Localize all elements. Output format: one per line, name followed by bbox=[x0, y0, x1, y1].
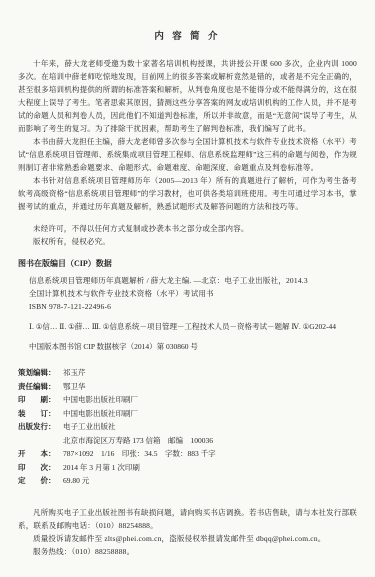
colophon-value: 祁玉芹 bbox=[63, 366, 357, 380]
intro-paragraph: 本书针对信息系统项目管理师历年（2005—2013 年）所有的真题进行了解析，可… bbox=[18, 174, 357, 213]
colophon-value: 电子工业出版社 bbox=[63, 420, 357, 434]
colophon-label: 印 刷： bbox=[18, 393, 63, 407]
colophon-row: 印 次： 2014 年 3 月第 1 次印刷 bbox=[18, 461, 357, 475]
colophon-row: 定 价： 69.80 元 bbox=[18, 474, 357, 488]
footer-paragraph: 服务热线：（010）88258888。 bbox=[18, 545, 357, 558]
cip-lines: 信息系统项目管理师历年真题解析 / 薛大龙主编. —北京：电子工业出版社，201… bbox=[29, 274, 357, 313]
colophon-label: 装 订： bbox=[18, 407, 63, 421]
copyright-notice: 未经许可，不得以任何方式复制或抄袭本书之部分或全部内容。 版权所有，侵权必究。 bbox=[18, 222, 357, 248]
cip-data-section: 图书在版编目（CIP）数据 信息系统项目管理师历年真题解析 / 薛大龙主编. —… bbox=[18, 257, 357, 353]
colophon-section: 策划编辑： 祁玉芹 责任编辑： 鄂卫华 印 刷： 中国电影出版社印刷厂 装 订：… bbox=[18, 366, 357, 488]
copyright-notice-line: 未经许可，不得以任何方式复制或抄袭本书之部分或全部内容。 bbox=[18, 222, 357, 235]
cip-line: ISBN 978-7-121-22496-6 bbox=[29, 300, 357, 313]
content-summary-section: 十年来，薛大龙老师受邀为数十家著名培训机构授课，共讲授公开课 600 多次，企业… bbox=[18, 57, 357, 213]
purchase-service-note: 凡所购买电子工业出版社图书有缺损问题，请向购买书店调换。若书店售缺，请与本社发行… bbox=[18, 506, 357, 558]
cip-record-number: 中国版本图书馆 CIP 数据核字（2014）第 030860 号 bbox=[29, 340, 357, 353]
colophon-value: 787×1092 1/16 印张：34.5 字数：883 千字 bbox=[63, 447, 357, 461]
colophon-row: 责任编辑： 鄂卫华 bbox=[18, 380, 357, 394]
colophon-label: 开 本： bbox=[18, 447, 63, 461]
colophon-label bbox=[18, 434, 63, 448]
colophon-row: 开 本： 787×1092 1/16 印张：34.5 字数：883 千字 bbox=[18, 447, 357, 461]
intro-paragraph: 本书由薛大龙担任主编，薛大龙老师曾多次参与全国计算机技术与软件专业技术资格（水平… bbox=[18, 135, 357, 174]
book-copyright-page: 内 容 简 介 十年来，薛大龙老师受邀为数十家著名培训机构授课，共讲授公开课 6… bbox=[0, 0, 375, 577]
footer-paragraph: 凡所购买电子工业出版社图书有缺损问题，请向购买书店调换。若书店售缺，请与本社发行… bbox=[18, 506, 357, 532]
colophon-label: 印 次： bbox=[18, 461, 63, 475]
footer-paragraph: 质量投诉请发邮件至 zlts@phei.com.cn，盗版侵权举报请发邮件至 d… bbox=[18, 532, 357, 545]
cip-line: 信息系统项目管理师历年真题解析 / 薛大龙主编. —北京：电子工业出版社，201… bbox=[29, 274, 357, 287]
colophon-row: 北京市海淀区万寿路 173 信箱 邮编 100036 bbox=[18, 434, 357, 448]
colophon-label: 出版发行： bbox=[18, 420, 63, 434]
colophon-row: 出版发行： 电子工业出版社 bbox=[18, 420, 357, 434]
colophon-label: 责任编辑： bbox=[18, 380, 63, 394]
colophon-value: 鄂卫华 bbox=[63, 380, 357, 394]
publisher-address: 北京市海淀区万寿路 173 信箱 邮编 100036 bbox=[63, 434, 357, 448]
cip-classification: Ⅰ. ①信… Ⅱ. ①薛… Ⅲ. ①信息系统－项目管理－工程技术人员－资格考试－… bbox=[29, 320, 357, 333]
colophon-label: 定 价： bbox=[18, 474, 63, 488]
page-title: 内 容 简 介 bbox=[18, 28, 357, 42]
colophon-value: 中国电影出版社印刷厂 bbox=[63, 407, 357, 421]
colophon-row: 策划编辑： 祁玉芹 bbox=[18, 366, 357, 380]
colophon-label: 策划编辑： bbox=[18, 366, 63, 380]
book-price: 69.80 元 bbox=[63, 474, 357, 488]
colophon-row: 印 刷： 中国电影出版社印刷厂 bbox=[18, 393, 357, 407]
colophon-value: 2014 年 3 月第 1 次印刷 bbox=[63, 461, 357, 475]
colophon-value: 中国电影出版社印刷厂 bbox=[63, 393, 357, 407]
colophon-row: 装 订： 中国电影出版社印刷厂 bbox=[18, 407, 357, 421]
cip-heading: 图书在版编目（CIP）数据 bbox=[18, 257, 357, 270]
cip-line: 全国计算机技术与软件专业技术资格（水平）考试用书 bbox=[29, 287, 357, 300]
intro-paragraph: 十年来，薛大龙老师受邀为数十家著名培训机构授课，共讲授公开课 600 多次，企业… bbox=[18, 57, 357, 135]
copyright-notice-line: 版权所有，侵权必究。 bbox=[18, 235, 357, 248]
